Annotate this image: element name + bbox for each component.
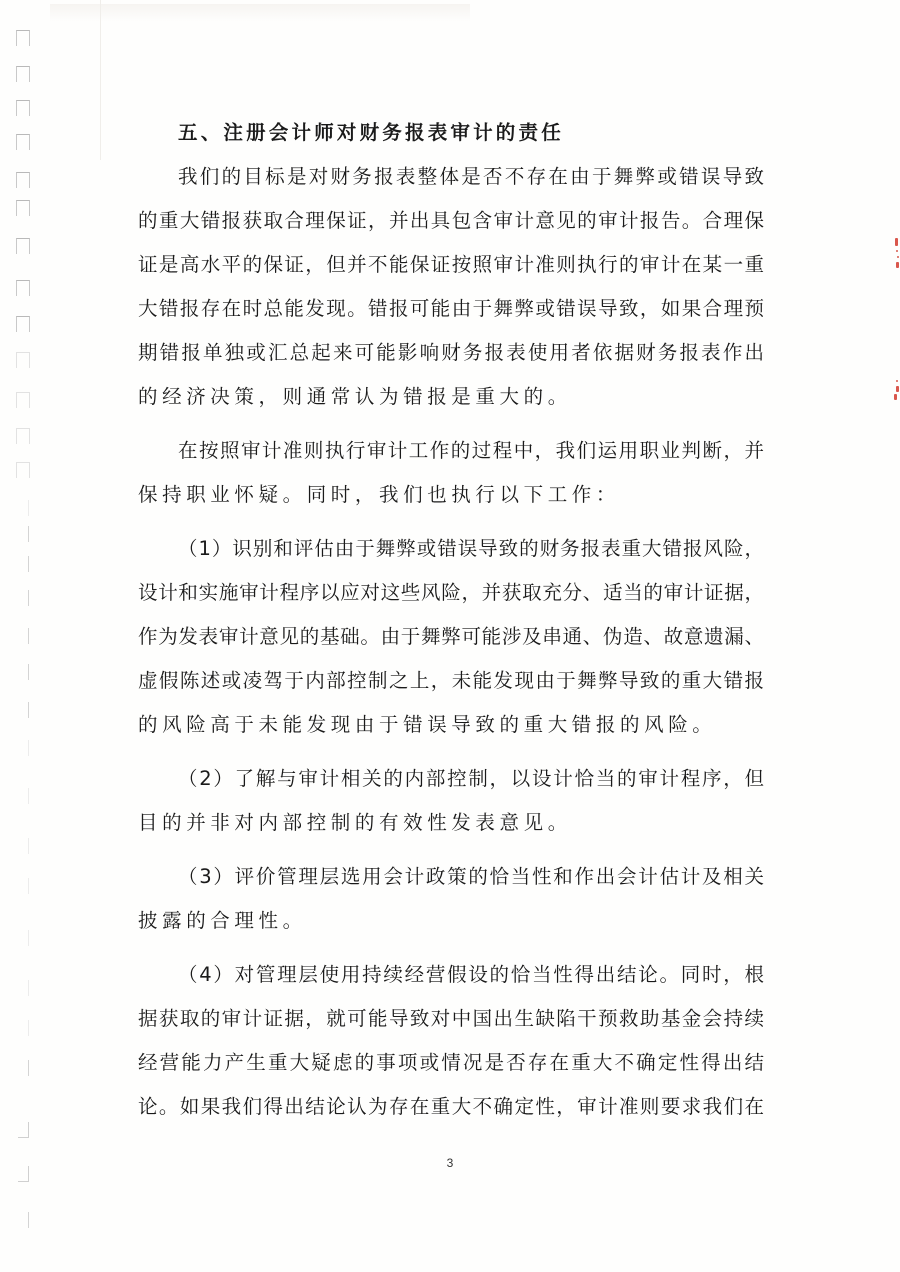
section-heading: 五、注册会计师对财务报表审计的责任	[178, 118, 764, 162]
binding-mark	[28, 980, 29, 996]
text-line: （1）识别和评估由于舞弊或错误导致的财务报表重大错报风险，	[178, 534, 764, 578]
text-line: 目的并非对内部控制的有效性发表意见。	[138, 808, 764, 852]
punched-hole-icon	[16, 100, 30, 116]
text-line: （4）对管理层使用持续经营假设的恰当性得出结论。同时，根	[178, 960, 764, 1004]
text-line: 我们的目标是对财务报表整体是否不存在由于舞弊或错误导致	[178, 162, 764, 206]
scan-shadow	[50, 4, 470, 22]
text-line: 证是高水平的保证，但并不能保证按照审计准则执行的审计在某一重	[138, 250, 764, 294]
text-line: 在按照审计准则执行审计工作的过程中，我们运用职业判断，并	[178, 436, 764, 480]
text-line: 保持职业怀疑。同时，我们也执行以下工作：	[138, 480, 764, 524]
text-line: 经营能力产生重大疑虑的事项或情况是否存在重大不确定性得出结	[138, 1048, 764, 1092]
text-line: 大错报存在时总能发现。错报可能由于舞弊或错误导致，如果合理预	[138, 294, 764, 338]
binding-mark	[28, 526, 29, 542]
binding-mark	[28, 838, 29, 854]
binding-mark	[28, 788, 29, 804]
text-line: 披露的合理性。	[138, 906, 764, 950]
document-page: 五、注册会计师对财务报表审计的责任 我们的目标是对财务报表整体是否不存在由于舞弊…	[0, 0, 900, 1272]
punched-hole-icon	[16, 134, 30, 150]
punched-hole-icon	[16, 316, 30, 332]
text-line: 的风险高于未能发现由于错误导致的重大错报的风险。	[138, 710, 764, 754]
text-line: 论。如果我们得出结论认为存在重大不确定性，审计准则要求我们在	[138, 1092, 764, 1136]
binding-mark	[28, 930, 29, 946]
punched-hole-icon	[16, 280, 30, 296]
punched-hole-icon	[16, 392, 30, 408]
text-line: （3）评价管理层选用会计政策的恰当性和作出会计估计及相关	[178, 862, 764, 906]
punched-hole-icon	[16, 428, 30, 444]
scan-edge-line	[100, 0, 101, 160]
binding-holes	[14, 0, 38, 1272]
binding-mark	[28, 500, 29, 516]
punched-hole-icon	[16, 238, 30, 254]
text-line: 作为发表审计意见的基础。由于舞弊可能涉及串通、伪造、故意遗漏、	[138, 622, 764, 666]
punched-hole-icon	[16, 352, 30, 368]
punched-hole-icon	[16, 462, 30, 478]
punched-hole-icon	[16, 172, 30, 188]
binding-mark	[28, 556, 29, 572]
binding-mark	[28, 702, 29, 718]
binding-mark	[28, 590, 29, 606]
page-number: 3	[0, 1156, 900, 1170]
text-line: 虚假陈述或凌驾于内部控制之上，未能发现由于舞弊导致的重大错报	[138, 666, 764, 710]
binding-mark	[28, 1020, 29, 1036]
text-line: 期错报单独或汇总起来可能影响财务报表使用者依据财务报表作出	[138, 338, 764, 382]
text-line: 的经济决策，则通常认为错报是重大的。	[138, 382, 764, 426]
binding-mark	[28, 628, 29, 644]
text-line: 的重大错报获取合理保证，并出具包含审计意见的审计报告。合理保	[138, 206, 764, 250]
binding-mark	[28, 1060, 29, 1076]
text-line: 据获取的审计证据，就可能导致对中国出生缺陷干预救助基金会持续	[138, 1004, 764, 1048]
binding-mark	[28, 1212, 29, 1228]
binding-mark	[18, 1122, 29, 1138]
punched-hole-icon	[16, 200, 30, 216]
binding-mark	[28, 740, 29, 756]
text-line: 设计和实施审计程序以应对这些风险，并获取充分、适当的审计证据，	[138, 578, 764, 622]
text-line: （2）了解与审计相关的内部控制，以设计恰当的审计程序，但	[178, 764, 764, 808]
binding-mark	[28, 664, 29, 680]
punched-hole-icon	[16, 30, 30, 46]
binding-mark	[28, 878, 29, 894]
punched-hole-icon	[16, 66, 30, 82]
